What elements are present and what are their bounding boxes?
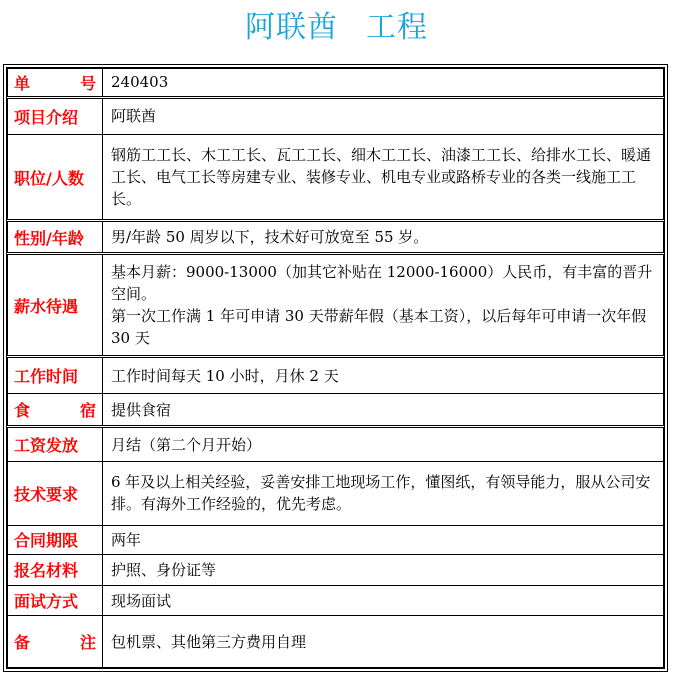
table-row-work-hours: 工作时间 工作时间每天 10 小时，月休 2 天: [8, 357, 664, 394]
label-contract-term: 合同期限: [8, 525, 103, 554]
value-positions: 钢筋工工长、木工工长、瓦工工长、细木工工长、油漆工工长、给排水工长、暖通工长、电…: [103, 134, 664, 220]
page-title: 阿联酋工程: [0, 8, 673, 48]
label-interview-method: 面试方式: [8, 585, 103, 616]
value-application-materials: 护照、身份证等: [103, 554, 664, 585]
table-row-order-number: 单 号 240403: [8, 69, 664, 98]
label-positions: 职位/人数: [8, 134, 103, 220]
label-board-lodging: 食 宿: [8, 394, 103, 427]
label-salary: 薪水待遇: [8, 254, 103, 357]
table-row-gender-age: 性别/年龄 男/年龄 50 周岁以下，技术好可放宽至 55 岁。: [8, 221, 664, 254]
value-salary: 基本月薪：9000-13000（加其它补贴在 12000-16000）人民币，有…: [103, 254, 664, 357]
label-order-number: 单 号: [8, 69, 103, 98]
label-payroll: 工资发放: [8, 427, 103, 462]
value-work-hours: 工作时间每天 10 小时，月休 2 天: [103, 357, 664, 394]
salary-line-2: 第一次工作满 1 年可申请 30 天带薪年假（基本工资），以后每年可申请一次年假…: [111, 305, 655, 349]
job-info-table: 单 号 240403 项目介绍 阿联酋 职位/人数 钢筋工工长、木工工长、瓦工工…: [7, 68, 664, 668]
value-payroll: 月结（第二个月开始）: [103, 427, 664, 462]
value-board-lodging: 提供食宿: [103, 394, 664, 427]
title-category: 工程: [366, 10, 428, 45]
table-row-interview-method: 面试方式 现场面试: [8, 585, 664, 616]
label-application-materials: 报名材料: [8, 554, 103, 585]
job-info-table-frame: 单 号 240403 项目介绍 阿联酋 职位/人数 钢筋工工长、木工工长、瓦工工…: [3, 64, 668, 672]
value-contract-term: 两年: [103, 525, 664, 554]
table-row-project-intro: 项目介绍 阿联酋: [8, 97, 664, 134]
value-remarks: 包机票、其他第三方费用自理: [103, 616, 664, 668]
table-row-remarks: 备 注 包机票、其他第三方费用自理: [8, 616, 664, 668]
table-row-payroll: 工资发放 月结（第二个月开始）: [8, 427, 664, 462]
value-project-intro: 阿联酋: [103, 97, 664, 134]
table-row-positions: 职位/人数 钢筋工工长、木工工长、瓦工工长、细木工工长、油漆工工长、给排水工长、…: [8, 134, 664, 220]
label-tech-requirements: 技术要求: [8, 462, 103, 526]
table-row-contract-term: 合同期限 两年: [8, 525, 664, 554]
table-row-board-lodging: 食 宿 提供食宿: [8, 394, 664, 427]
table-row-application-materials: 报名材料 护照、身份证等: [8, 554, 664, 585]
value-order-number: 240403: [103, 69, 664, 98]
table-row-tech-requirements: 技术要求 6 年及以上相关经验，妥善安排工地现场工作，懂图纸，有领导能力，服从公…: [8, 462, 664, 526]
salary-line-1: 基本月薪：9000-13000（加其它补贴在 12000-16000）人民币，有…: [111, 261, 655, 305]
label-gender-age: 性别/年龄: [8, 221, 103, 254]
label-project-intro: 项目介绍: [8, 97, 103, 134]
value-tech-requirements: 6 年及以上相关经验，妥善安排工地现场工作，懂图纸，有领导能力，服从公司安排。有…: [103, 462, 664, 526]
label-work-hours: 工作时间: [8, 357, 103, 394]
table-row-salary: 薪水待遇 基本月薪：9000-13000（加其它补贴在 12000-16000）…: [8, 254, 664, 357]
label-remarks: 备 注: [8, 616, 103, 668]
value-interview-method: 现场面试: [103, 585, 664, 616]
title-location: 阿联酋: [245, 10, 338, 45]
value-gender-age: 男/年龄 50 周岁以下，技术好可放宽至 55 岁。: [103, 221, 664, 254]
